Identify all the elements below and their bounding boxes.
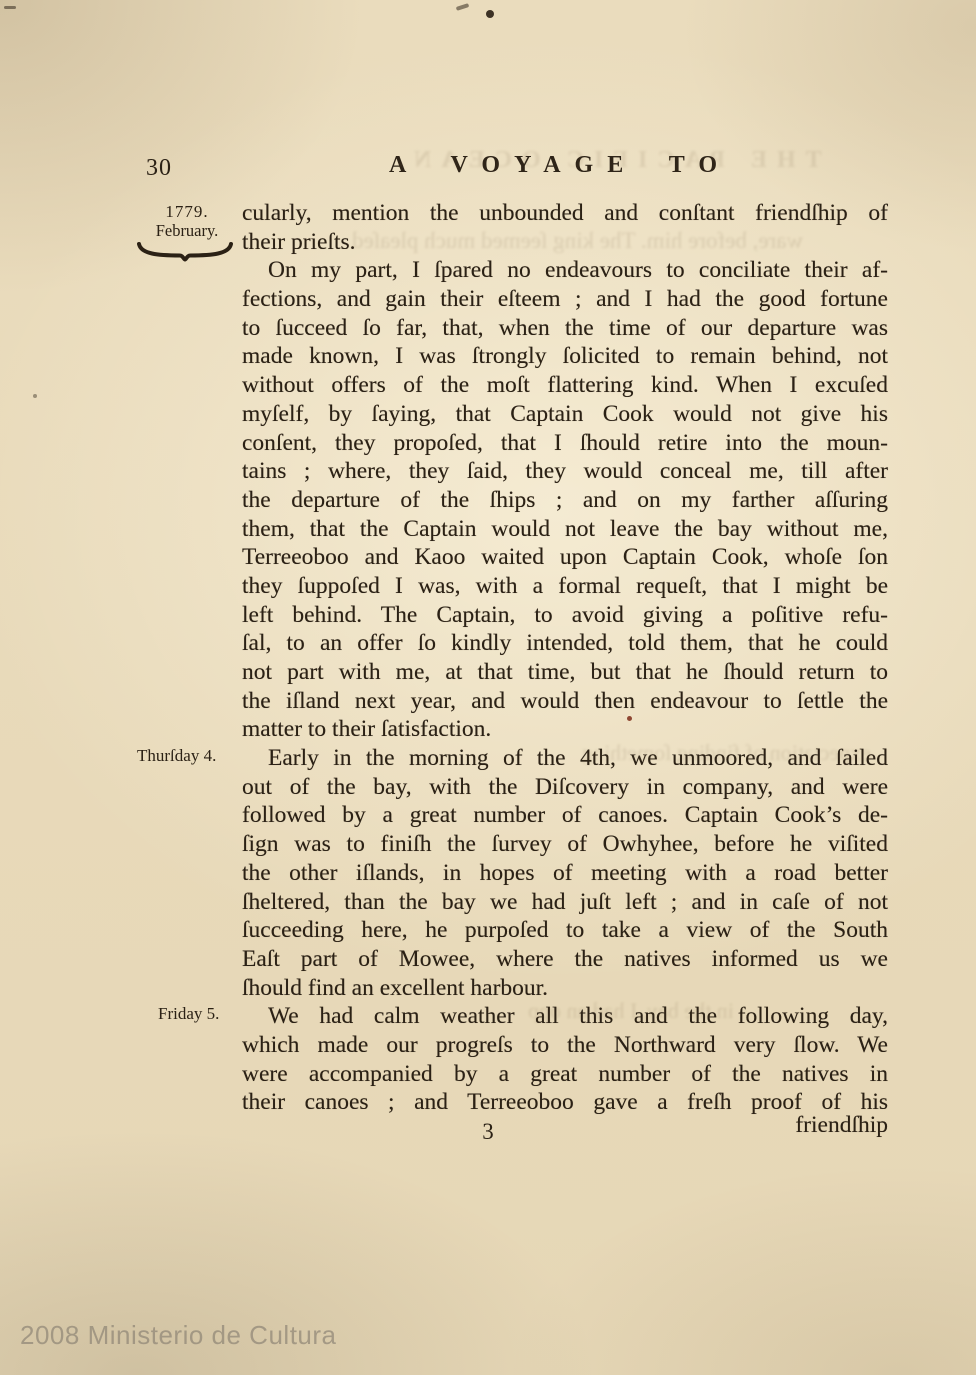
text-line: the iſland next year, and would then end… [242, 687, 888, 716]
text-line: ſal, to an offer ſo kindly intended, tol… [242, 629, 888, 658]
text-line: conſent, they propoſed, that I ſhould re… [242, 429, 888, 458]
text-line: ſucceeding here, he purpoſed to take a v… [242, 916, 888, 945]
page-number: 30 [146, 155, 172, 182]
text-line: the other iſlands, in hopes of meeting w… [242, 859, 888, 888]
text-line: fections, and gain their eſteem ; and I … [242, 285, 888, 314]
show-through-text: in the bay, I had an opp [528, 998, 734, 1024]
text-line: ſign was to finiſh the ſurvey of Owhyhee… [242, 830, 888, 859]
show-through-text: THE PACIFIC OCEAN. [388, 147, 822, 174]
text-line: they ſuppoſed I was, with a formal reque… [242, 572, 888, 601]
text-line: were accompanied by a great number of th… [242, 1060, 888, 1089]
text-line: cularly, mention the unbounded and conſt… [242, 199, 888, 228]
brace-ornament-icon [134, 240, 236, 262]
text-line: not part with me, at that time, but that… [242, 658, 888, 687]
text-line: without offers of the moſt flattering ki… [242, 371, 888, 400]
text-line: to ſucceed ſo far, that, when the time o… [242, 314, 888, 343]
text-line: Terreeoboo and Kaoo waited upon Captain … [242, 543, 888, 572]
ink-speck [486, 10, 494, 18]
margin-note-friday: Friday 5. [158, 1004, 219, 1024]
ink-speck [33, 394, 37, 398]
body-text: cularly, mention the unbounded and conſt… [242, 199, 888, 1117]
text-line: Eaſt part of Mowee, where the natives in… [242, 945, 888, 974]
catchword: friendſhip [242, 1112, 888, 1139]
text-line: the departure of the ſhips ; and on my f… [242, 486, 888, 515]
text-line: which made our progreſs to the Northward… [242, 1031, 888, 1060]
margin-month: February. [140, 221, 234, 240]
ink-speck [4, 6, 16, 9]
text-line: tains ; where, they ſaid, they would con… [242, 457, 888, 486]
show-through-text: expectation of finding ſomething [582, 740, 871, 766]
ink-speck [627, 716, 632, 721]
watermark: 2008 Ministerio de Cultura [20, 1320, 337, 1351]
margin-date: 1779. February. [140, 202, 234, 240]
text-line: followed by a great number of canoes. Ca… [242, 801, 888, 830]
text-line: ſheltered, than the bay we had juſt left… [242, 888, 888, 917]
text-line: left behind. The Captain, to avoid givin… [242, 601, 888, 630]
margin-year: 1779. [140, 202, 234, 221]
text-line: On my part, I ſpared no endeavours to co… [242, 256, 888, 285]
text-line: them, that the Captain would not leave t… [242, 515, 888, 544]
text-line: out of the bay, with the Diſcovery in co… [242, 773, 888, 802]
text-line: made known, I was ſtrongly ſolicited to … [242, 342, 888, 371]
text-line: myſelf, by ſaying, that Captain Cook wou… [242, 400, 888, 429]
show-through-text: ware, before him. The king ſeemed much p… [352, 228, 803, 254]
book-page: 30 A VOYAGE TO 1779. February. Thurſday … [0, 0, 976, 1375]
margin-note-thursday: Thurſday 4. [137, 746, 216, 766]
ink-speck [456, 3, 470, 11]
